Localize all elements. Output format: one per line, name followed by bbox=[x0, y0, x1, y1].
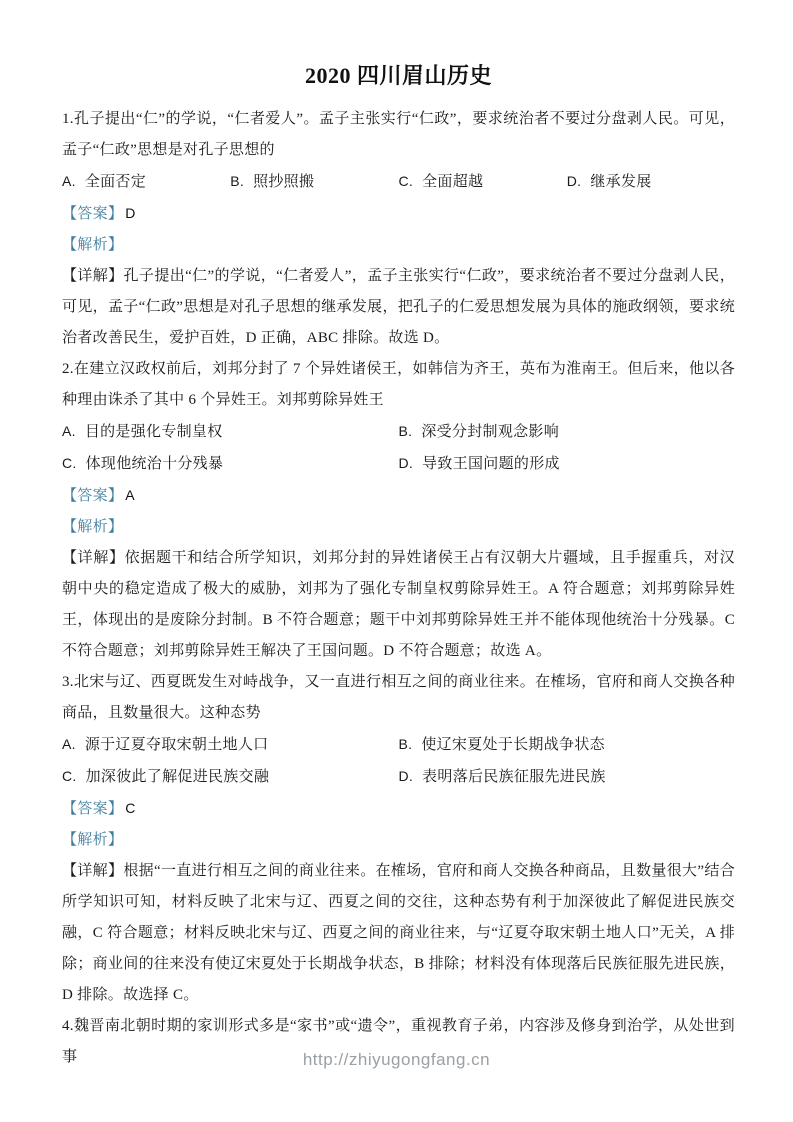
options-grid: A.目的是强化专制皇权 B.深受分封制观念影响 C.体现他统治十分残暴 D.导致… bbox=[62, 416, 735, 480]
options-grid: A.源于辽夏夺取宋朝土地人口 B.使辽宋夏处于长期战争状态 C.加深彼此了解促进… bbox=[62, 729, 735, 793]
option-c: C.加深彼此了解促进民族交融 bbox=[62, 761, 399, 793]
answer-label: 【答案】 bbox=[62, 206, 123, 222]
option-b: B.使辽宋夏处于长期战争状态 bbox=[399, 729, 736, 761]
question-block-1: 1.孔子提出“仁”的学说，“仁者爱人”。孟子主张实行“仁政”，要求统治者不要过分… bbox=[62, 104, 735, 354]
option-a: A.目的是强化专制皇权 bbox=[62, 416, 399, 448]
option-c: C.体现他统治十分残暴 bbox=[62, 448, 399, 480]
option-text: 使辽宋夏处于长期战争状态 bbox=[421, 737, 605, 753]
option-letter: D. bbox=[567, 173, 582, 189]
option-text: 继承发展 bbox=[590, 174, 651, 190]
option-text: 导致王国问题的形成 bbox=[422, 456, 560, 472]
question-block-3: 3.北宋与辽、西夏既发生对峙战争，又一直进行相互之间的商业往来。在榷场，官府和商… bbox=[62, 667, 735, 1011]
option-letter: A. bbox=[62, 173, 76, 189]
question-stem: 1.孔子提出“仁”的学说，“仁者爱人”。孟子主张实行“仁政”，要求统治者不要过分… bbox=[62, 104, 735, 166]
option-d: D.导致王国问题的形成 bbox=[399, 448, 736, 480]
detail-paragraph: 【详解】孔子提出“仁”的学说，“仁者爱人”，孟子主张实行“仁政”，要求统治者不要… bbox=[62, 261, 735, 354]
option-text: 全面超越 bbox=[422, 174, 483, 190]
analysis-label: 【解析】 bbox=[62, 237, 123, 253]
answer-line: 【答案】A bbox=[62, 480, 735, 512]
answer-line: 【答案】C bbox=[62, 793, 735, 825]
option-text: 表明落后民族征服先进民族 bbox=[422, 769, 606, 785]
analysis-label: 【解析】 bbox=[62, 519, 123, 535]
options-row: A.全面否定 B.照抄照搬 C.全面超越 D.继承发展 bbox=[62, 166, 735, 198]
option-letter: D. bbox=[399, 768, 414, 784]
question-stem: 3.北宋与辽、西夏既发生对峙战争，又一直进行相互之间的商业往来。在榷场，官府和商… bbox=[62, 667, 735, 729]
option-b: B.照抄照搬 bbox=[230, 166, 398, 198]
document-page: 2020 四川眉山历史 1.孔子提出“仁”的学说，“仁者爱人”。孟子主张实行“仁… bbox=[62, 60, 735, 1073]
option-text: 加深彼此了解促进民族交融 bbox=[86, 769, 270, 785]
detail-label: 【详解】 bbox=[62, 863, 123, 879]
option-a: A.源于辽夏夺取宋朝土地人口 bbox=[62, 729, 399, 761]
option-b: B.深受分封制观念影响 bbox=[399, 416, 736, 448]
question-block-2: 2.在建立汉政权前后，刘邦分封了 7 个异姓诸侯王，如韩信为齐王，英布为淮南王。… bbox=[62, 354, 735, 667]
detail-paragraph: 【详解】依据题干和结合所学知识，刘邦分封的异姓诸侯王占有汉朝大片疆域，且手握重兵… bbox=[62, 543, 735, 667]
option-letter: D. bbox=[399, 455, 414, 471]
answer-label: 【答案】 bbox=[62, 801, 123, 817]
analysis-label: 【解析】 bbox=[62, 832, 123, 848]
option-letter: C. bbox=[62, 455, 77, 471]
question-stem: 2.在建立汉政权前后，刘邦分封了 7 个异姓诸侯王，如韩信为齐王，英布为淮南王。… bbox=[62, 354, 735, 416]
option-a: A.全面否定 bbox=[62, 166, 230, 198]
option-letter: B. bbox=[230, 173, 244, 189]
analysis-line: 【解析】 bbox=[62, 825, 735, 856]
option-text: 源于辽夏夺取宋朝土地人口 bbox=[85, 737, 269, 753]
detail-text: 依据题干和结合所学知识，刘邦分封的异姓诸侯王占有汉朝大片疆域，且手握重兵，对汉朝… bbox=[62, 550, 735, 659]
option-text: 深受分封制观念影响 bbox=[421, 424, 559, 440]
answer-line: 【答案】D bbox=[62, 198, 735, 230]
option-text: 全面否定 bbox=[85, 174, 146, 190]
analysis-line: 【解析】 bbox=[62, 230, 735, 261]
option-text: 照抄照搬 bbox=[253, 174, 314, 190]
option-text: 目的是强化专制皇权 bbox=[85, 424, 223, 440]
option-d: D.表明落后民族征服先进民族 bbox=[399, 761, 736, 793]
detail-label: 【详解】 bbox=[62, 550, 125, 566]
page-title: 2020 四川眉山历史 bbox=[62, 60, 735, 91]
answer-label: 【答案】 bbox=[62, 488, 123, 504]
detail-label: 【详解】 bbox=[62, 268, 124, 284]
option-d: D.继承发展 bbox=[567, 166, 735, 198]
detail-text: 根据“一直进行相互之间的商业往来。在榷场，官府和商人交换各种商品，且数量很大”结… bbox=[62, 863, 735, 1003]
option-letter: A. bbox=[62, 736, 76, 752]
detail-paragraph: 【详解】根据“一直进行相互之间的商业往来。在榷场，官府和商人交换各种商品，且数量… bbox=[62, 856, 735, 1011]
option-letter: C. bbox=[399, 173, 414, 189]
option-letter: B. bbox=[399, 736, 413, 752]
option-letter: A. bbox=[62, 423, 76, 439]
option-letter: B. bbox=[399, 423, 413, 439]
answer-letter: A bbox=[125, 487, 134, 503]
answer-letter: C bbox=[125, 800, 135, 816]
option-text: 体现他统治十分残暴 bbox=[86, 456, 224, 472]
option-letter: C. bbox=[62, 768, 77, 784]
detail-text: 孔子提出“仁”的学说，“仁者爱人”，孟子主张实行“仁政”，要求统治者不要过分盘剥… bbox=[62, 268, 735, 346]
answer-letter: D bbox=[125, 205, 135, 221]
analysis-line: 【解析】 bbox=[62, 512, 735, 543]
option-c: C.全面超越 bbox=[399, 166, 567, 198]
footer-watermark-url: http://zhiyugongfang.cn bbox=[0, 1050, 793, 1070]
